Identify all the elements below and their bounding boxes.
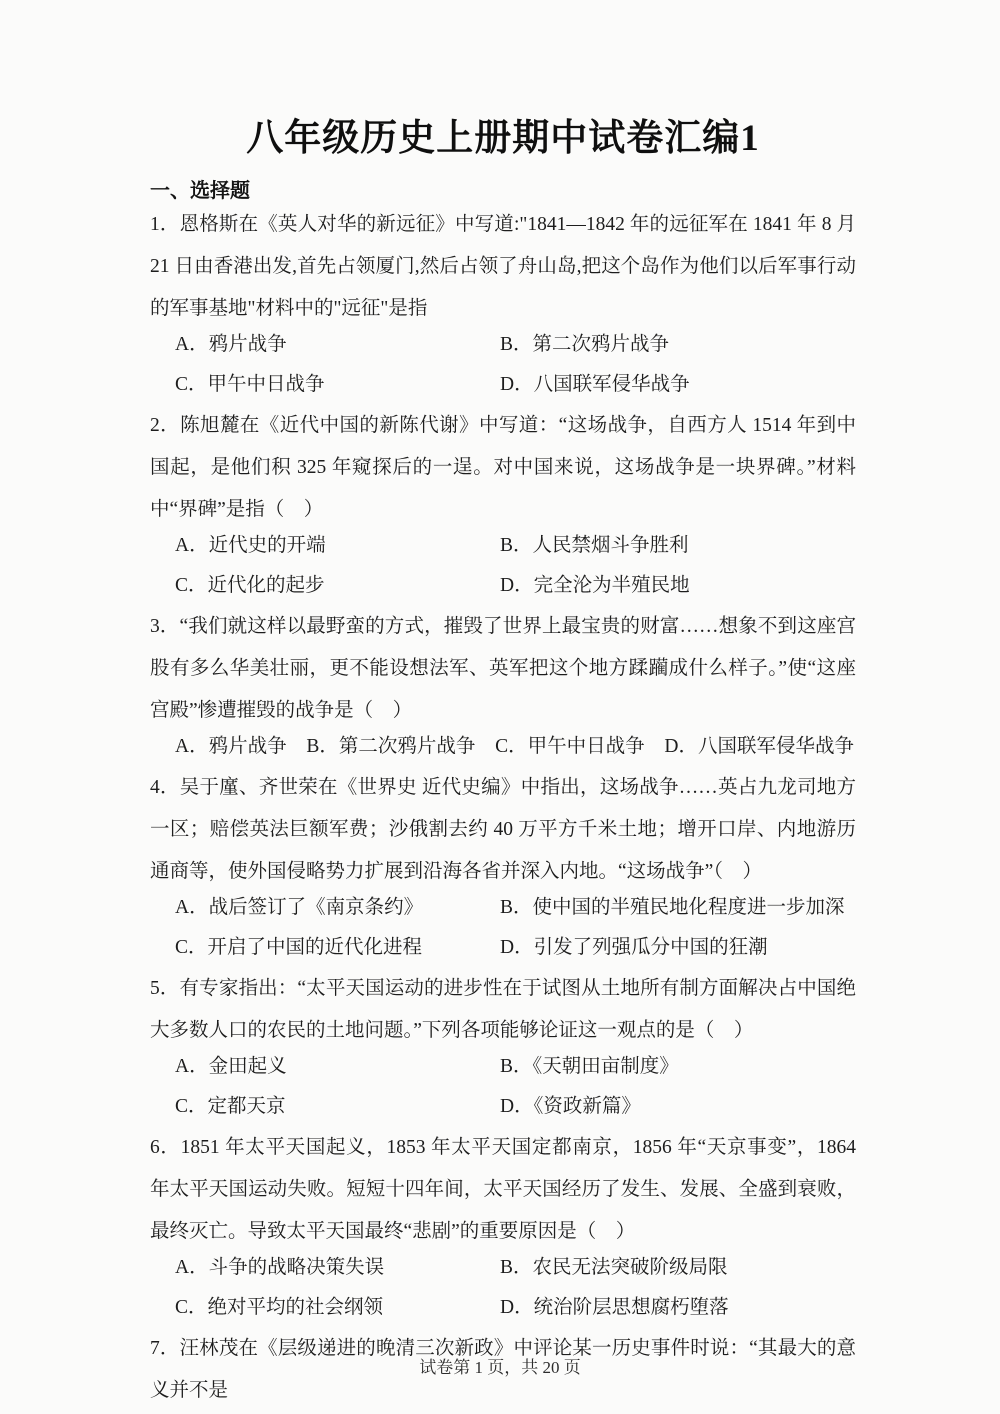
question-2: 2．陈旭麓在《近代中国的新陈代谢》中写道：“这场战争，自西方人 1514 年到中… [150,405,856,606]
question-text: 6．1851 年太平天国起义，1853 年太平天国定都南京，1856 年“天京事… [150,1127,856,1253]
option-item: D．完全沦为半殖民地 [500,566,856,606]
exam-page: 八年级历史上册期中试卷汇编1 一、选择题 1．恩格斯在《英人对华的新远征》中写道… [0,0,1000,1414]
question-4: 4．吴于廑、齐世荣在《世界史 近代史编》中指出，这场战争……英占九龙司地方一区；… [150,767,856,968]
option-item: A．金田起义 [175,1047,500,1087]
option-item: A．斗争的战略决策失误 [175,1248,500,1288]
option-item: B．农民无法突破阶级局限 [500,1248,856,1288]
page-footer: 试卷第 1 页，共 20 页 [0,1353,1000,1378]
option-item: C．甲午中日战争 [175,365,500,405]
question-1-options: A．鸦片战争 B．第二次鸦片战争 C．甲午中日战争 D．八国联军侵华战争 [175,325,856,405]
option-item: D．统治阶层思想腐朽堕落 [500,1288,856,1328]
option-item: B．《天朝田亩制度》 [500,1047,856,1087]
option-item: C．甲午中日战争 [495,727,645,767]
option-item: C．开启了中国的近代化进程 [175,928,500,968]
question-3: 3．“我们就这样以最野蛮的方式，摧毁了世界上最宝贵的财富……想象不到这座宫股有多… [150,606,856,767]
option-item: D．八国联军侵华战争 [500,365,856,405]
option-item: B．人民禁烟斗争胜利 [500,526,856,566]
option-item: B．第二次鸦片战争 [500,325,856,365]
option-item: B．使中国的半殖民地化程度进一步加深 [500,888,856,928]
question-6: 6．1851 年太平天国起义，1853 年太平天国定都南京，1856 年“天京事… [150,1127,856,1328]
question-text: 5．有专家指出：“太平天国运动的进步性在于试图从土地所有制方面解决占中国绝大多数… [150,968,856,1052]
section-heading: 一、选择题 [150,178,856,204]
question-5-options: A．金田起义 B．《天朝田亩制度》 C．定都天京 D．《资政新篇》 [175,1047,856,1127]
question-4-options: A．战后签订了《南京条约》 B．使中国的半殖民地化程度进一步加深 C．开启了中国… [175,888,856,968]
page-title: 八年级历史上册期中试卷汇编1 [150,116,856,162]
option-item: A．战后签订了《南京条约》 [175,888,500,928]
question-5: 5．有专家指出：“太平天国运动的进步性在于试图从土地所有制方面解决占中国绝大多数… [150,968,856,1127]
option-item: D．《资政新篇》 [500,1087,856,1127]
option-item: D．引发了列强瓜分中国的狂潮 [500,928,856,968]
option-item: A．近代史的开端 [175,526,500,566]
option-item: D．八国联军侵华战争 [664,727,854,767]
question-2-options: A．近代史的开端 B．人民禁烟斗争胜利 C．近代化的起步 D．完全沦为半殖民地 [175,526,856,606]
question-3-options: A．鸦片战争 B．第二次鸦片战争 C．甲午中日战争 D．八国联军侵华战争 [175,727,854,767]
option-item: A．鸦片战争 [175,727,287,767]
option-item: C．绝对平均的社会纲领 [175,1288,500,1328]
question-text: 4．吴于廑、齐世荣在《世界史 近代史编》中指出，这场战争……英占九龙司地方一区；… [150,767,856,893]
option-item: A．鸦片战争 [175,325,500,365]
option-item: C．定都天京 [175,1087,500,1127]
question-text: 2．陈旭麓在《近代中国的新陈代谢》中写道：“这场战争，自西方人 1514 年到中… [150,405,856,531]
exam-content: 八年级历史上册期中试卷汇编1 一、选择题 1．恩格斯在《英人对华的新远征》中写道… [150,0,856,1412]
question-1: 1．恩格斯在《英人对华的新远征》中写道:"1841—1842 年的远征军在 18… [150,204,856,405]
option-item: C．近代化的起步 [175,566,500,606]
question-text: 3．“我们就这样以最野蛮的方式，摧毁了世界上最宝贵的财富……想象不到这座宫股有多… [150,606,856,732]
option-item: B．第二次鸦片战争 [306,727,475,767]
question-text: 1．恩格斯在《英人对华的新远征》中写道:"1841—1842 年的远征军在 18… [150,204,856,330]
question-6-options: A．斗争的战略决策失误 B．农民无法突破阶级局限 C．绝对平均的社会纲领 D．统… [175,1248,856,1328]
